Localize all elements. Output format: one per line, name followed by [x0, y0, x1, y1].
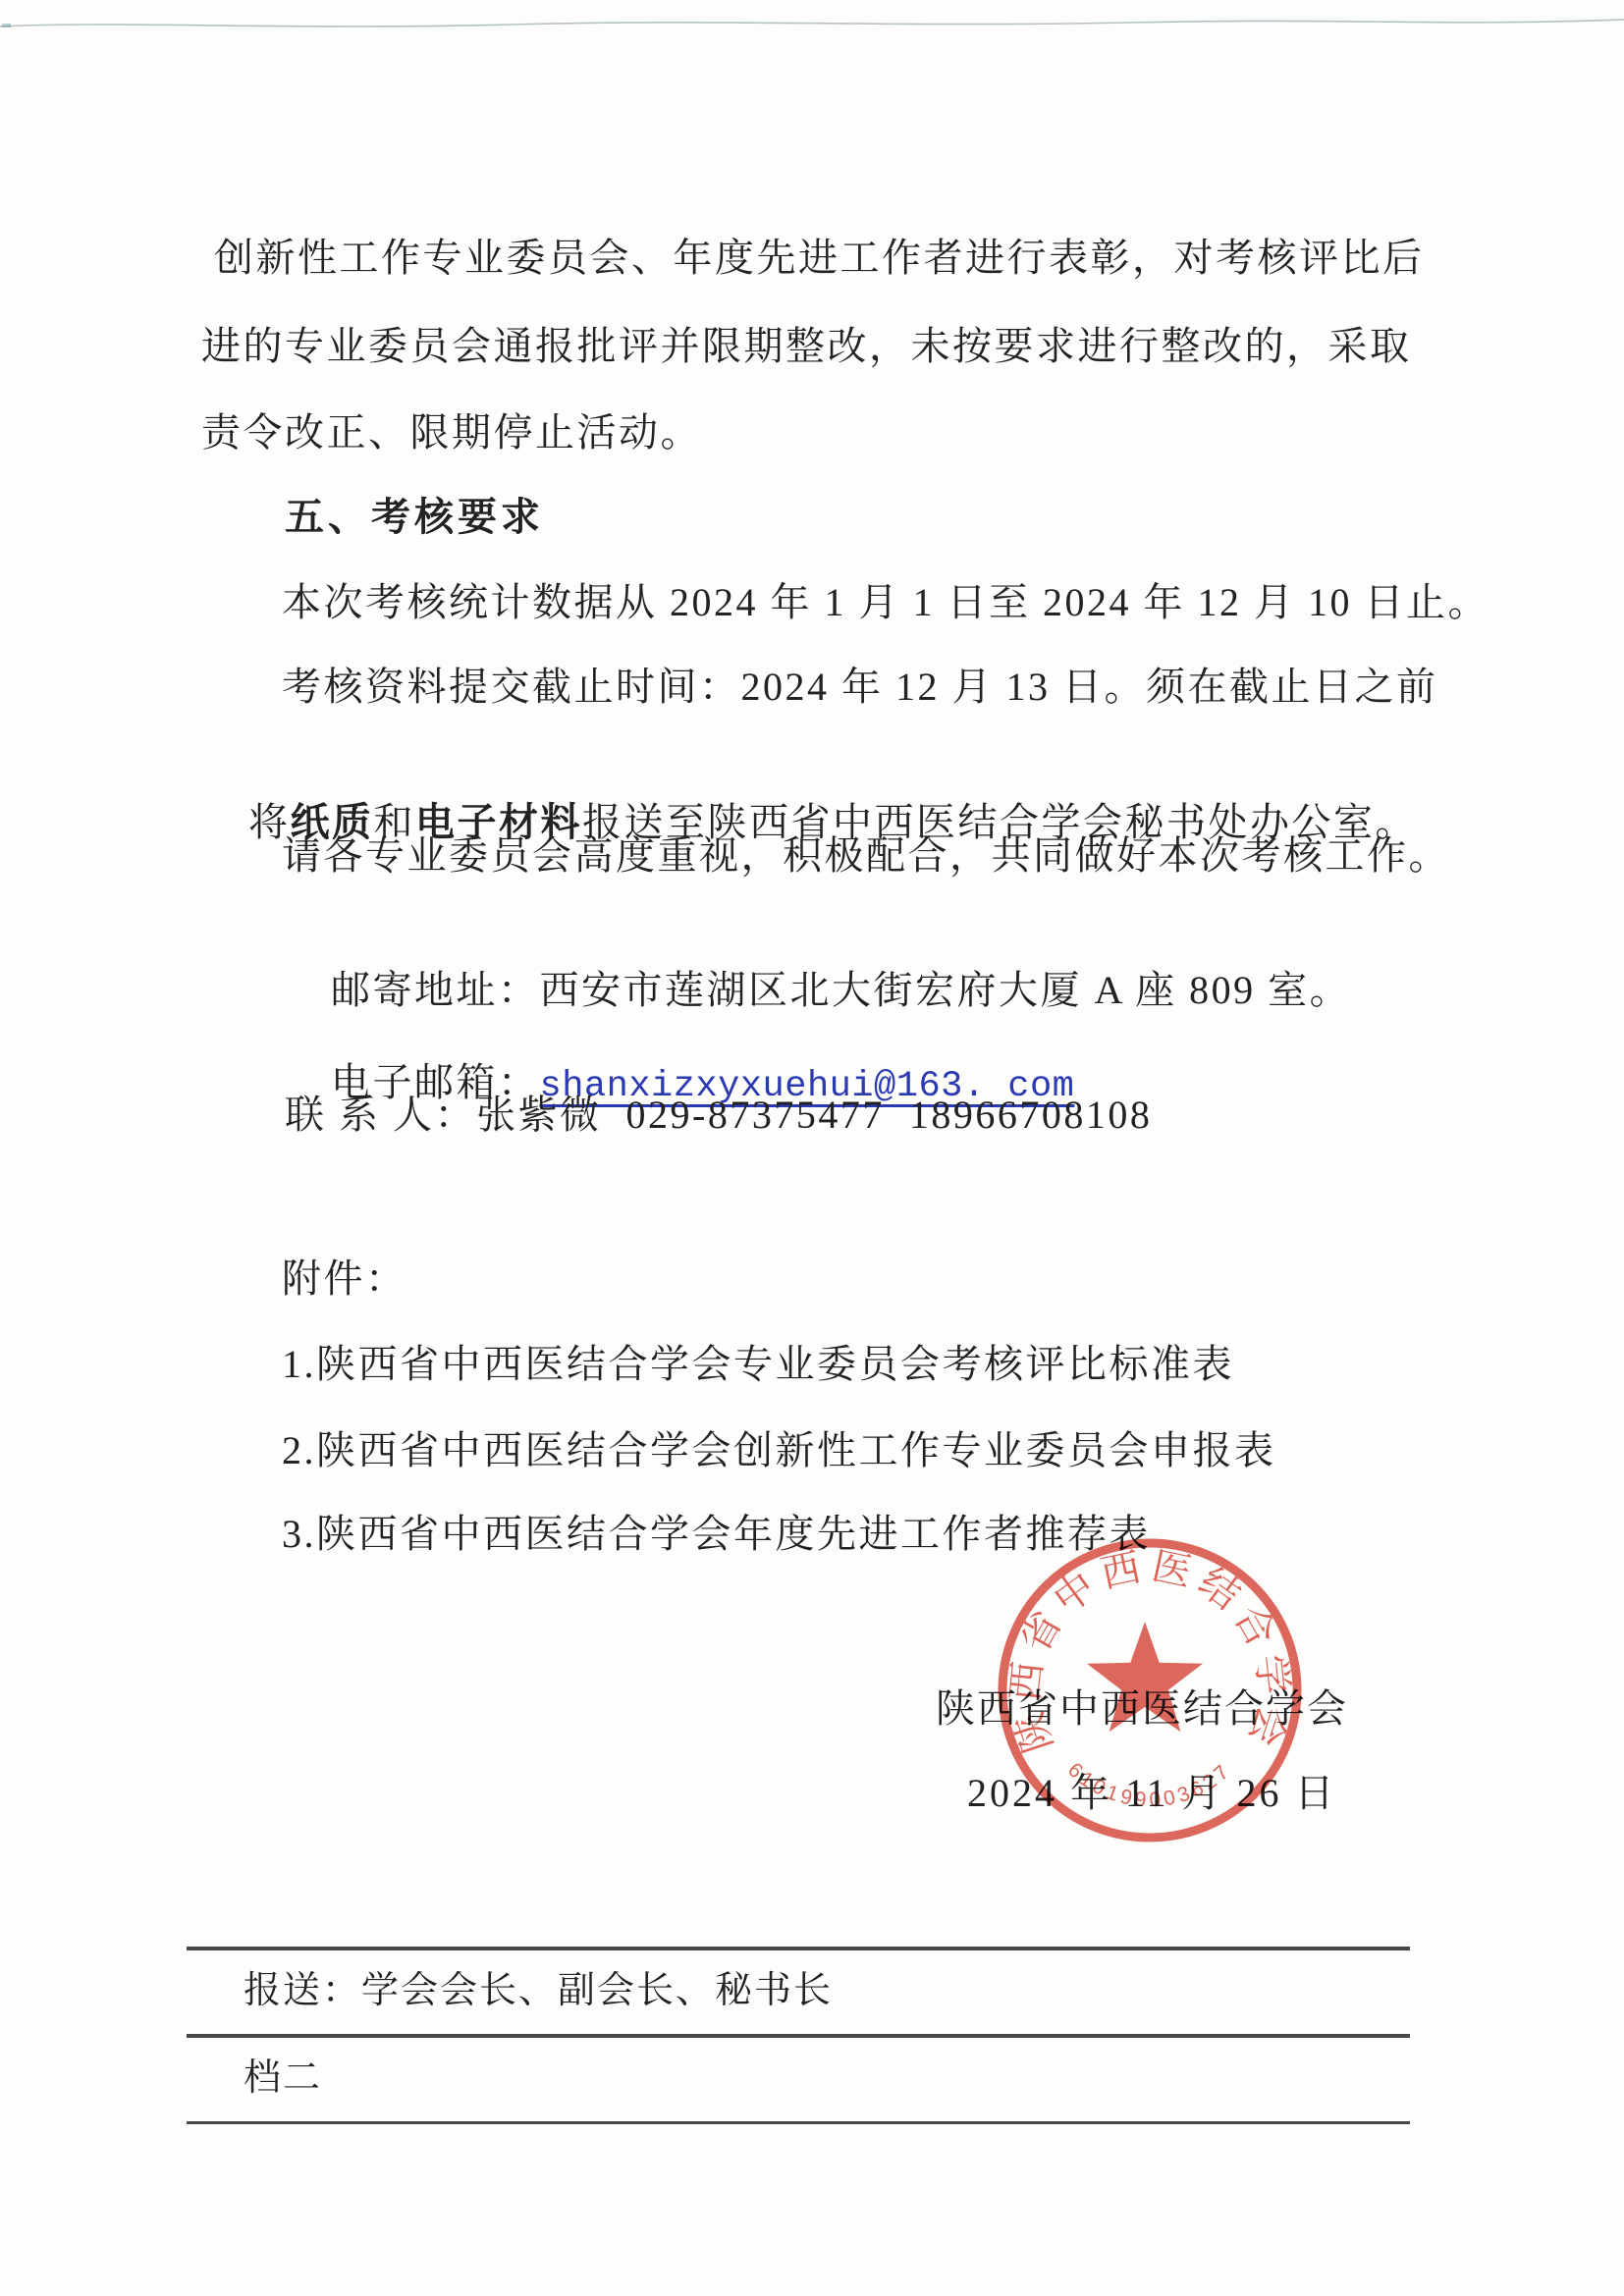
scan-line-artifact — [0, 0, 1624, 43]
footer-rule — [187, 1947, 1410, 1950]
footer-archive-mark: 档二 — [244, 2053, 322, 2104]
body-line: 考核资料提交截止时间：2024 年 12 月 13 日。须在截止日之前 — [282, 662, 1438, 713]
body-line: 责令改正、限期停止活动。 — [201, 407, 702, 458]
attachment-item: 2.陕西省中西医结合学会创新性工作专业委员会申报表 — [282, 1425, 1276, 1476]
email-line: 电子邮箱：shanxizxyxuehui@163. com — [282, 1006, 1074, 1057]
contact-line: 联 系 人：张紫微 029-87375477 18966708108 — [285, 1090, 1152, 1141]
footer-rule — [187, 2121, 1410, 2124]
section-heading: 五、考核要求 — [285, 492, 544, 543]
attachments-heading: 附件： — [282, 1254, 407, 1305]
body-line: 进的专业委员会通报批评并限期整改，未按要求进行整改的，采取 — [201, 321, 1412, 372]
footer-cc-line: 报送：学会会长、副会长、秘书长 — [244, 1965, 833, 2016]
attachment-item: 1.陕西省中西医结合学会专业委员会考核评比标准表 — [282, 1339, 1234, 1390]
body-line: 创新性工作专业委员会、年度先进工作者进行表彰，对考核评比后 — [214, 233, 1425, 284]
body-line: 请各专业委员会高度重视，积极配合，共同做好本次考核工作。 — [282, 830, 1450, 881]
seal-star-icon — [1087, 1622, 1203, 1732]
seal-serial-number: 610199003627 — [1063, 1758, 1236, 1811]
official-seal: 陕西省中西医结合学会 610199003627 — [973, 1514, 1326, 1867]
mailing-address-line: 邮寄地址：西安市莲湖区北大街宏府大厦 A 座 809 室。 — [282, 914, 1351, 965]
body-line: 将纸质和电子材料报送至陕西省中西医结合学会秘书处办公室。 — [199, 746, 1417, 797]
footer-rule — [187, 2034, 1410, 2038]
body-line: 本次考核统计数据从 2024 年 1 月 1 日至 2024 年 12 月 10… — [282, 577, 1489, 628]
document-page: 创新性工作专业委员会、年度先进工作者进行表彰，对考核评比后 进的专业委员会通报批… — [0, 0, 1624, 2296]
